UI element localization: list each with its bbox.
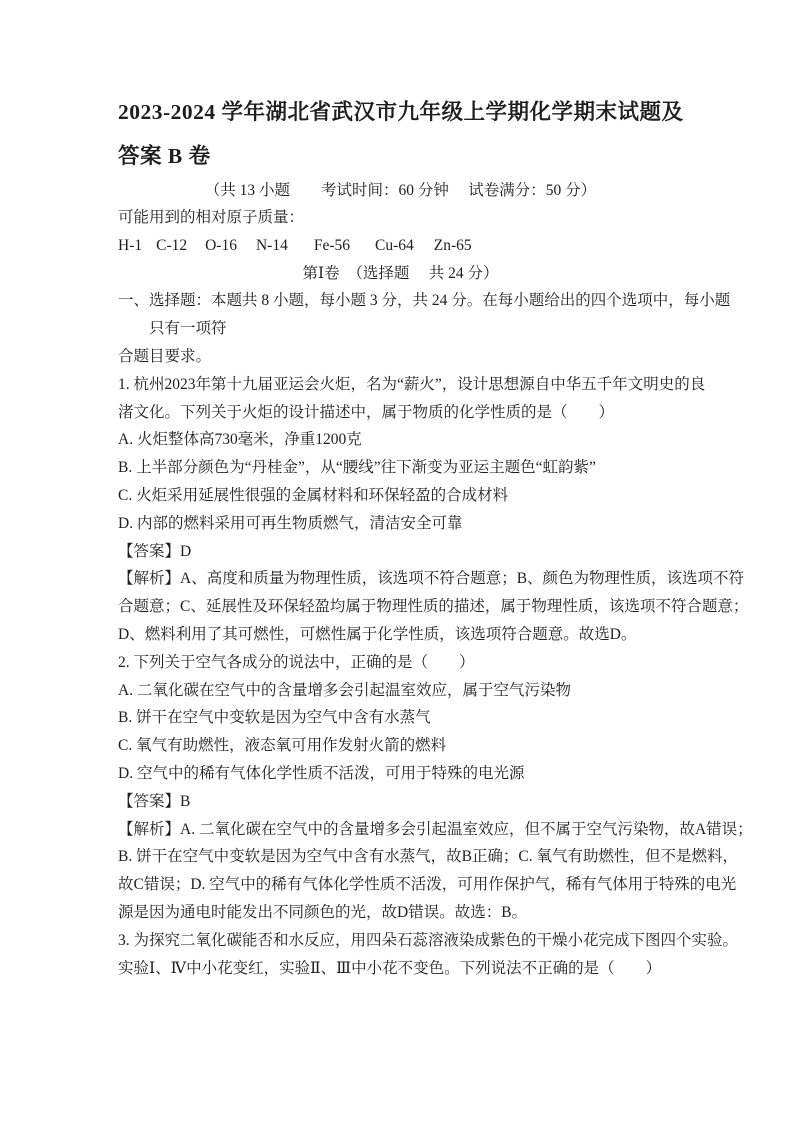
text-line: A. 二氧化碳在空气中的含量增多会引起温室效应，属于空气污染物: [118, 677, 683, 705]
document-title-line-2: 答案 B 卷: [118, 134, 683, 178]
text-line: 故C错误；D. 空气中的稀有气体化学性质不活泼，可用作保护气，稀有气体用于特殊的…: [118, 871, 683, 899]
text-line: 【答案】B: [118, 788, 683, 816]
text-line: B. 饼干在空气中变软是因为空气中含有水蒸气，故B正确；C. 氧气有助燃性，但不…: [118, 843, 683, 871]
document-content: 2023-2024 学年湖北省武汉市九年级上学期化学期末试题及 答案 B 卷 （…: [0, 0, 793, 982]
text-line: 实验Ⅰ、Ⅳ中小花变红，实验Ⅱ、Ⅲ中小花不变色。下列说法不正确的是（ ）: [118, 955, 683, 983]
text-line: B. 饼干在空气中变软是因为空气中含有水蒸气: [118, 704, 683, 732]
text-line: 2. 下列关于空气各成分的说法中，正确的是（ ）: [118, 649, 683, 677]
exam-info: （共 13 小题 考试时间：60 分钟 试卷满分：50 分）: [118, 178, 683, 204]
text-line: 只有一项符: [118, 315, 683, 343]
document-title-line-1: 2023-2024 学年湖北省武汉市九年级上学期化学期末试题及: [118, 90, 683, 134]
text-line: 3. 为探究二氧化碳能否和水反应，用四朵石蕊溶液染成紫色的干燥小花完成下图四个实…: [118, 927, 683, 955]
atomic-mass-value: Fe-56: [314, 232, 350, 260]
atomic-mass-value: Cu-64: [375, 232, 414, 260]
text-line: C. 火炬采用延展性很强的金属材料和环保轻盈的合成材料: [118, 482, 683, 510]
text-line: D、燃料利用了其可燃性，可燃性属于化学性质，该选项符合题意。故选D。: [118, 621, 683, 649]
text-lines-container: 第Ⅰ卷 （选择题 共 24 分）一、选择题：本题共 8 小题，每小题 3 分，共…: [118, 260, 683, 983]
text-line: 【解析】A、高度和质量为物理性质，该选项不符合题意；B、颜色为物理性质，该选项不…: [118, 565, 683, 593]
text-line: C. 氧气有助燃性，液态氧可用作发射火箭的燃料: [118, 732, 683, 760]
text-line: 渚文化。下列关于火炬的设计描述中，属于物质的化学性质的是（ ）: [118, 399, 683, 427]
text-line: 【解析】A. 二氧化碳在空气中的含量增多会引起温室效应，但不属于空气污染物，故A…: [118, 816, 683, 844]
atomic-mass-label: 可能用到的相对原子质量：: [118, 204, 683, 232]
text-line: A. 火炬整体高730毫米，净重1200克: [118, 426, 683, 454]
exam-document-page: 2023-2024 学年湖北省武汉市九年级上学期化学期末试题及 答案 B 卷 （…: [0, 0, 793, 1122]
text-line: D. 空气中的稀有气体化学性质不活泼，可用于特殊的电光源: [118, 760, 683, 788]
atomic-mass-value: C-12: [156, 232, 187, 260]
text-line: 合题目要求。: [118, 343, 683, 371]
atomic-mass-value: H-1: [118, 232, 142, 260]
atomic-mass-value: O-16: [205, 232, 237, 260]
atomic-mass-value: Zn-65: [434, 232, 472, 260]
text-line: 【答案】D: [118, 538, 683, 566]
atomic-mass-value: N-14: [256, 232, 288, 260]
text-line: 合题意；C、延展性及环保轻盈均属于物理性质的描述，属于物理性质，该选项不符合题意…: [118, 593, 683, 621]
text-line: B. 上半部分颜色为“丹桂金”，从“腰线”往下渐变为亚运主题色“虹韵紫”: [118, 454, 683, 482]
text-line: 源是因为通电时能发出不同颜色的光，故D错误。故选：B。: [118, 899, 683, 927]
text-line: D. 内部的燃料采用可再生物质燃气，清洁安全可靠: [118, 510, 683, 538]
atomic-mass-row: H-1C-12O-16N-14Fe-56Cu-64Zn-65: [118, 232, 683, 260]
text-line: 1. 杭州2023年第十九届亚运会火炬，名为“薪火”，设计思想源自中华五千年文明…: [118, 371, 683, 399]
text-line: 一、选择题：本题共 8 小题，每小题 3 分，共 24 分。在每小题给出的四个选…: [118, 287, 683, 315]
text-line: 第Ⅰ卷 （选择题 共 24 分）: [118, 260, 683, 288]
